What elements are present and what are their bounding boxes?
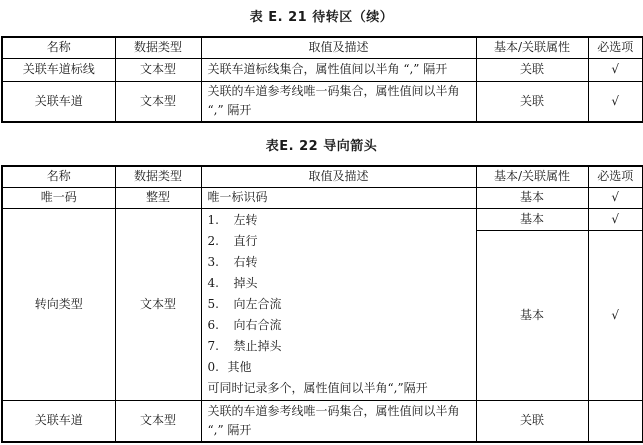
cell-type: 整型 [115,187,201,208]
cell-name: 唯一码 [2,187,115,208]
cell-type: 文本型 [115,400,201,442]
table-e21: 名称 数据类型 取值及描述 基本/关联属性 必选项 关联车道标线 文本型 关联车… [1,36,643,123]
cell-desc-list: 1.左转 2.直行 3.右转 4.掉头 5.向左合流 6.向右合流 7.禁止掉头… [201,208,476,400]
table-row: 关联车道 文本型 关联的车道参考线唯一码集合，属性值间以半角 “,” 隔开 关联… [2,81,643,122]
header-name: 名称 [2,37,115,58]
header-required: 必选项 [588,37,643,58]
cell-name: 关联车道 [2,81,115,122]
header-type: 数据类型 [115,37,201,58]
header-required: 必选项 [588,166,643,187]
list-note: 可同时记录多个，属性值间以半角“,”隔开 [208,378,470,399]
cell-name: 转向类型 [2,208,115,400]
table-row: 唯一码 整型 唯一标识码 基本 √ [2,187,643,208]
cell-name: 关联车道标线 [2,58,115,81]
cell-type: 文本型 [115,208,201,400]
table-row: 转向类型 文本型 1.左转 2.直行 3.右转 4.掉头 5.向左合流 6.向右… [2,208,643,230]
cell-desc: 关联车道标线集合，属性值间以半角 “,” 隔开 [201,58,476,81]
table2-caption: 表E. 22 导向箭头 [0,135,643,154]
header-row: 名称 数据类型 取值及描述 基本/关联属性 必选项 [2,166,643,187]
list-item: 1.左转 [208,210,470,231]
cell-attr: 关联 [476,400,588,442]
header-desc: 取值及描述 [201,166,476,187]
list-item: 3.右转 [208,252,470,273]
list-item: 7.禁止掉头 [208,336,470,357]
table-row: 关联车道标线 文本型 关联车道标线集合，属性值间以半角 “,” 隔开 关联 √ [2,58,643,81]
list-item: 6.向右合流 [208,315,470,336]
list-item: 0.其他 [208,357,470,378]
cell-type: 文本型 [115,58,201,81]
cell-attr-top: 基本 [476,208,588,230]
cell-name: 关联车道 [2,400,115,442]
header-attr: 基本/关联属性 [476,166,588,187]
header-attr: 基本/关联属性 [476,37,588,58]
cell-desc: 关联的车道参考线唯一码集合，属性值间以半角 “,” 隔开 [201,400,476,442]
list-item: 2.直行 [208,231,470,252]
cell-desc: 关联的车道参考线唯一码集合，属性值间以半角 “,” 隔开 [201,81,476,122]
cell-required [588,400,643,442]
table-e22: 名称 数据类型 取值及描述 基本/关联属性 必选项 唯一码 整型 唯一标识码 基… [1,165,643,443]
cell-attr: 关联 [476,58,588,81]
cell-attr: 基本 [476,230,588,400]
cell-required: √ [588,81,643,122]
header-type: 数据类型 [115,166,201,187]
cell-desc: 唯一标识码 [201,187,476,208]
table1-caption: 表 E. 21 待转区（续） [0,6,643,25]
cell-attr: 基本 [476,187,588,208]
cell-type: 文本型 [115,81,201,122]
header-row: 名称 数据类型 取值及描述 基本/关联属性 必选项 [2,37,643,58]
header-desc: 取值及描述 [201,37,476,58]
cell-required: √ [588,187,643,208]
cell-required: √ [588,58,643,81]
list-item: 4.掉头 [208,273,470,294]
list-item: 5.向左合流 [208,294,470,315]
cell-required: √ [588,230,643,400]
header-name: 名称 [2,166,115,187]
cell-attr: 关联 [476,81,588,122]
table-row: 关联车道 文本型 关联的车道参考线唯一码集合，属性值间以半角 “,” 隔开 关联 [2,400,643,442]
cell-required-top: √ [588,208,643,230]
